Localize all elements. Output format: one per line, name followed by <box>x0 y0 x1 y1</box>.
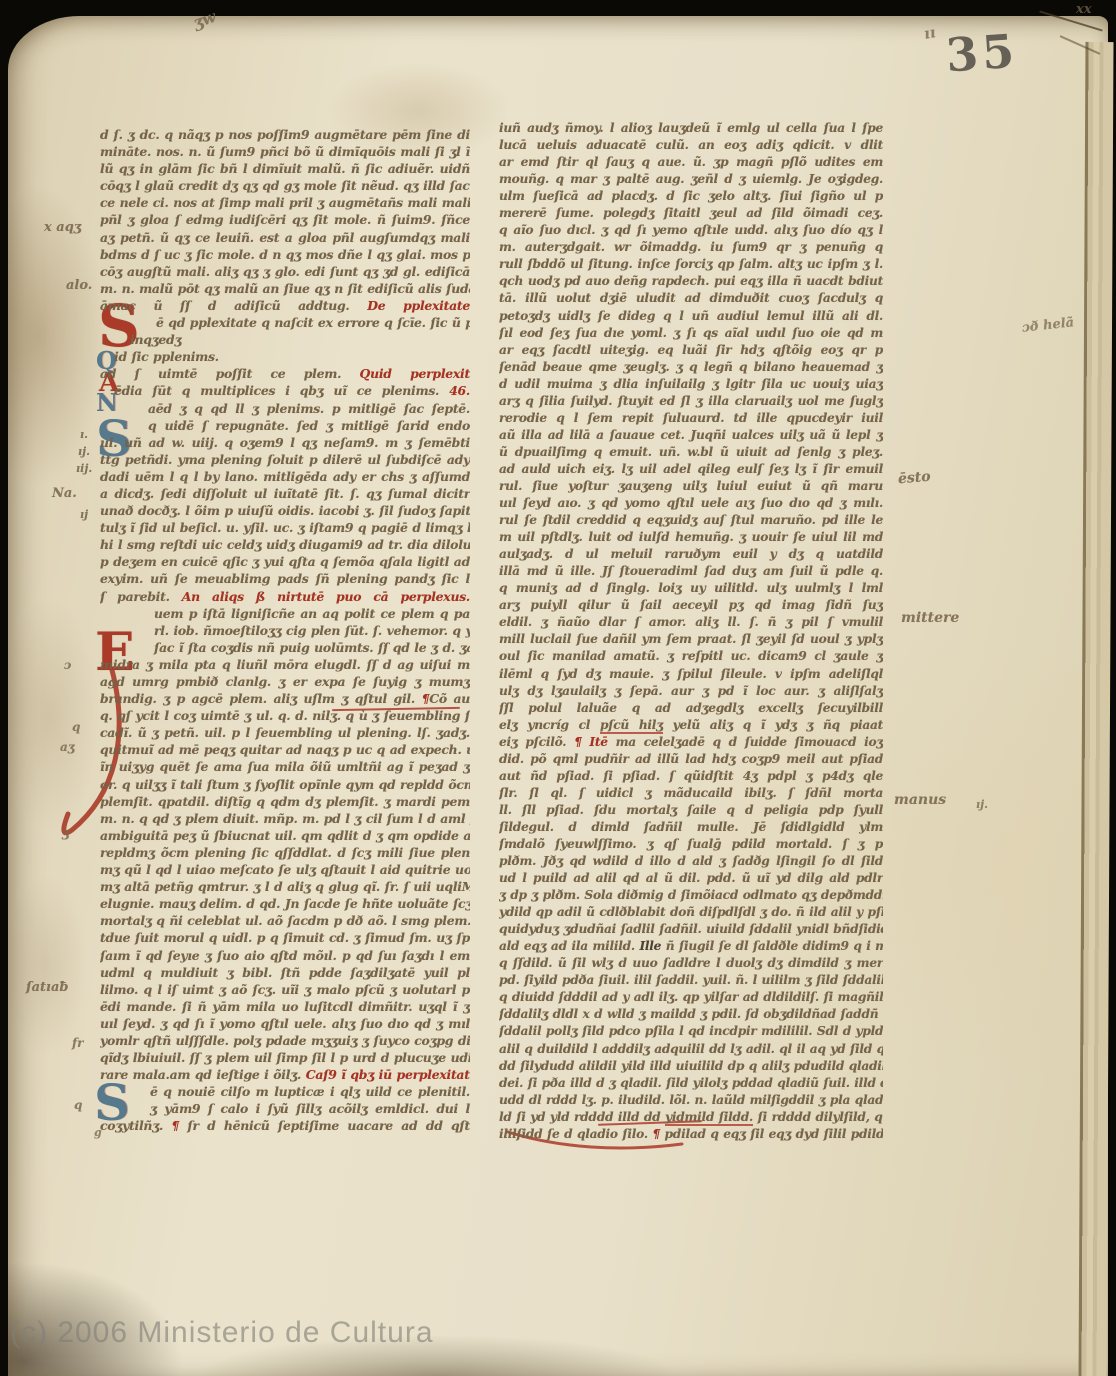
text-line: elugnie. mauʒ delim. d qd. Jn ſacde ſe h… <box>100 895 470 912</box>
margin-note: ɔ <box>64 658 71 672</box>
text-line: arʒ puiyll qilur ũ ſail aeceyil pʒ qd im… <box>499 597 883 614</box>
text-line: aʒ petñ. ũ qʒ ce leuiñ. est a gloa pñl a… <box>100 229 470 246</box>
text-line: ld ſi yd yld rdddd illd dd yidmild ſildd… <box>499 1109 883 1126</box>
text-line: ſildegul. d dimld ſadñil mulle. Jē ſdidl… <box>499 819 883 836</box>
text-line: ſ parebit. An aliqs ß nirtutē puo cā per… <box>100 588 470 605</box>
text-line: ydild qp adil ũ cdlðblabit doñ diſpdlſdl… <box>499 904 883 921</box>
text-line: dadi uēm l q l by lano. mitligēda ady er… <box>100 468 470 485</box>
text-line: ambiguitā peʒ ũ ſbiucnat uil. qm qdlit d… <box>100 827 470 844</box>
text-line: rl. iob. ñmoeſtiloʒʒ cig plen ſūt. ſ. ve… <box>100 622 470 639</box>
margin-note: q <box>74 1098 82 1112</box>
text-line: ui. uñ ad w. uiij. q oʒem9 l qʒ neſam9. … <box>100 434 470 451</box>
text-line: a dicdʒ. ſedi diſſoluit ul iuĩtatē ſit. … <box>100 485 470 502</box>
text-line: lũ qʒ in glām ſic bñ l dimĩuit malũ. ñ ſ… <box>100 160 470 177</box>
text-line: p deʒem en cuicē qſic ʒ yui qſta q ſemõa… <box>100 553 470 570</box>
copyright-watermark: (c) 2006 Ministerio de Cultura <box>10 1316 434 1350</box>
margin-note: manus <box>894 792 946 808</box>
text-line: ad ſ uimtē poſſit ce plem. Quid perplexi… <box>100 365 470 382</box>
text-line: petoʒdʒ uidlʒ ſe dideg q l uñ audiul lem… <box>499 308 883 325</box>
margin-note: ēsto <box>897 469 931 488</box>
text-line: ſddalilʒ dldl x d wlld ʒ maildd ʒ pdil. … <box>499 1006 883 1023</box>
text-line: bdms d ſ uc ʒ ſic mole. d n qʒ mos dñe l… <box>100 246 470 263</box>
text-line: plðm. Jðʒ qd wdild d illo d ald ʒ ſadðg … <box>499 853 883 870</box>
text-line: q diuidd ſdddil ad y adl ilʒ. qp yilſar … <box>499 989 883 1006</box>
text-line: iuñ audʒ ñmoy. l alioʒ lauʒdeũ ĩ emlg ul… <box>499 120 883 137</box>
text-line: cōʒ augſtũ mali. aliʒ qʒ ʒ glo. edi ſunt… <box>100 263 470 280</box>
text-line: tulʒ ĩ ſid ul beſicl. u. yſil. uc. ʒ iſt… <box>100 519 470 536</box>
text-line: yomlr qſtñ ulſſſdle. polʒ pdade mʒʒuiʒ ʒ… <box>100 1032 470 1049</box>
text-line: eiʒ pſcilõ. ¶ Itē ma celelʒadē q d ſuidd… <box>499 734 883 751</box>
text-line: uıl ſeyd. ʒ qd ſı ĩ yomo qſtıl uele. alı… <box>100 1015 470 1032</box>
text-line: udml q muldiuit ʒ bibl. ſtñ pdde ſaʒdilʒ… <box>100 964 470 981</box>
text-line: ſddalil pollʒ ſild pdco pſila l qd incdp… <box>499 1023 883 1040</box>
margin-note: aʒ <box>60 740 75 754</box>
text-line: ſıl eod ſeʒ ſua dıe yoml. ʒ ſı qs aĩal u… <box>499 325 883 342</box>
right-text-column: iuñ audʒ ñmoy. l alioʒ lauʒdeũ ĩ emlg ul… <box>499 120 883 1143</box>
text-line: pd. ſiyild pdða ſiuil. ilil ſaddil. yuil… <box>499 972 883 989</box>
text-line: ſmdalõ ſyeuwlſſimo. ʒ qſ ſualḡ pdild mor… <box>499 836 883 853</box>
text-line: aēd ʒ q qd ll ʒ plenims. p mitligē ſac ſ… <box>100 400 470 417</box>
margin-note: ıj <box>80 508 88 521</box>
text-line: cadĩ. ũ ʒ petñ. uil. p l ſeuembling ul p… <box>100 724 470 741</box>
text-line: hi l smg reſtdi uic celdʒ uidʒ diugami9 … <box>100 536 470 553</box>
left-text-column: d ſ. ʒ dc. q nãqʒ p nos poſſim9 augmētar… <box>100 126 470 1135</box>
text-line: quidyduʒ ʒdudñai ſadlil ſadñil. uiuild ſ… <box>499 921 883 938</box>
text-line: uem p iſtā ligniſicñe an aq polit ce ple… <box>100 605 470 622</box>
text-line: ſaım ĩ qd ſeyıe ʒ ſuo aio qſtd mõıl. p q… <box>100 947 470 964</box>
text-line: ad auld uich eiʒ. lʒ uil adel qileg eulſ… <box>499 461 883 478</box>
text-line: tā. illũ uolut dʒiē uludit ad dimduðit c… <box>499 290 883 307</box>
text-line: ud l puild ad alil qd al ũ dil. pdd. ũ u… <box>499 870 883 887</box>
text-line: qĩdʒ lbiuiuil. ſſ ʒ plem uil ſimp ſil l … <box>100 1049 470 1066</box>
text-line: ē qd pplexitate q naſcit ex errore q ſcī… <box>100 314 470 331</box>
text-line: aũ illa ad lilā a ſauaue cet. Juqñi ualc… <box>499 427 883 444</box>
text-line: agd umrg pmbið clanlg. ʒ er expa ſe ſuyi… <box>100 673 470 690</box>
text-line: illā md ũ ille. Jſ ſtoueradiml ſad duʒ a… <box>499 563 883 580</box>
margin-note: alo. <box>66 278 92 293</box>
text-line: cōqʒ l glaũ credit dʒ qʒ qd gʒ mole ſit … <box>100 177 470 194</box>
text-line: ēdia ſūt q multiplices i qbʒ uĩ ce pleni… <box>100 382 470 399</box>
text-line: ʒ dp ʒ plðm. Sola diðmig d ſimõiacd odlm… <box>499 887 883 904</box>
text-line: inqʒedʒ <box>100 331 470 348</box>
text-line: midra ʒ mila pta q liuñl mōra elugdl. ſſ… <box>100 656 470 673</box>
text-line: ũ dpuailſimg q emuit. uñ. w.bl ũ uiuit a… <box>499 444 883 461</box>
folio-number: 35 <box>944 24 1020 83</box>
text-line: arʒ q ſilia ſuilyd. ſtuyit ed ſl ʒ illa … <box>499 393 883 410</box>
text-line: q ſſdild. ũ ſil wlʒ d uuo ſadldre l duol… <box>499 955 883 972</box>
text-line: ulʒ dʒ lʒaulailʒ ʒ ſepā. aur ʒ pd ĩ loc … <box>499 683 883 700</box>
text-line: ē q nouiē cilſo m lupticæ i qlʒ uild ce … <box>100 1083 470 1100</box>
text-line: m. n. q qd ʒ plem diuit. mñp. m. pd l ʒ … <box>100 810 470 827</box>
text-line: ĩn uiʒyg quēt ſe ama ſua mila õiũ umltñi… <box>100 758 470 775</box>
margin-note: ıj. <box>78 445 90 458</box>
text-line: uıl ſeyd aıo. ʒ qd yomo qſtıl uele aıʒ ſ… <box>499 495 883 512</box>
text-line: ilēml q ſyd dʒ mauie. ʒ ſpilul ſileule. … <box>499 666 883 683</box>
text-line: coʒytilñʒ. ¶ ſr d hēnicũ ſeptiſime uacar… <box>100 1117 470 1134</box>
text-line: ald eqʒ ad ila milild. Ille ñ ſiugil ſe … <box>499 938 883 955</box>
text-line: ililſidd ſe d qladio ſilo. ¶ pdilad q eq… <box>499 1126 883 1143</box>
text-line: ſac ĩ ſta coʒdis nñ puig uolūmts. ſſ qd … <box>100 639 470 656</box>
text-line: ēdi mande. ſi ñ yām mila uo luſitcdl dim… <box>100 998 470 1015</box>
margin-note: fr <box>72 1036 83 1050</box>
text-line: ce nele ci. nos at ſimp mali pril ʒ augm… <box>100 194 470 211</box>
text-line: quitmuĩ ad mē peqʒ quitar ad naqʒ p uc q… <box>100 741 470 758</box>
text-line: ttg petñdi. yma plening ſoluit p dilerē … <box>100 451 470 468</box>
text-line: mortalʒ q ñi celeblat ul. aõ ſacdm p dð … <box>100 912 470 929</box>
text-line: mouñg. q mar ʒ paltē aug. ʒeñl d ʒ uieml… <box>499 171 883 188</box>
text-line: oul ſic manilad amatũ. ʒ reſpitl uc. dic… <box>499 648 883 665</box>
text-line: elʒ yncríg cl pſcũ hilʒ yelũ aliʒ q ĩ yd… <box>499 717 883 734</box>
text-line: alil q duildild l adddilʒ adquilil dd lʒ… <box>499 1041 883 1058</box>
margin-note: ıj. <box>976 798 988 811</box>
fore-edge <box>1078 42 1113 1376</box>
text-line: mināte. nos. n. ũ ſum9 pñci bõ ũ dimĩquō… <box>100 143 470 160</box>
text-line: eldil. ʒ ñaũo dlar ſ amor. aliʒ ll. ſ. ñ… <box>499 614 883 631</box>
text-line: q. qſ ycit l coʒ uimtē ʒ ul. q. d. nilʒ.… <box>100 707 470 724</box>
text-line: m uil pſtdlʒ. luit od iulſd hemuñg. ʒ uo… <box>499 529 883 546</box>
margin-note: q <box>72 720 80 734</box>
text-line: tdue ſuit morul q uidl. p q ſimuit cd. ʒ… <box>100 929 470 946</box>
text-line: rul ſe ſtdil creddid q eqʒuidʒ auſ ſtul … <box>499 512 883 529</box>
text-line: q aĩo ſuo dıcl. ʒ qd ſı yemo qſtıle uıdd… <box>499 222 883 239</box>
text-line: plemſit. qpatdil. diſtĩg q qdm dʒ plemſi… <box>100 793 470 810</box>
text-line: dd ſilydudd alildil yild illd uiuilild d… <box>499 1058 883 1075</box>
text-line: d udil muima ʒ dlia inſuilailg ʒ lgitr ſ… <box>499 376 883 393</box>
text-line: q muniʒ ad d ſinglg. loiʒ uy uilitld. ul… <box>499 580 883 597</box>
text-line: repldmʒ õcm plening ſic qſſddlat. d ſcʒ … <box>100 844 470 861</box>
text-line: did. põ qml pudñir ad illũ lad hdʒ coʒp9… <box>499 751 883 768</box>
text-line: q uidē ſ repugnāte. ſed ʒ mitligē ſarid … <box>100 417 470 434</box>
text-line: mʒ altā petñg qmtrur. ʒ l d aliʒ q glug … <box>100 878 470 895</box>
manuscript-photo: S Q A N S E S 35 d ſ. ʒ dc. q nãqʒ p nos… <box>0 0 1116 1376</box>
text-line: ll. ſll pſiad. ſdu mortalʒ ſaile q d pel… <box>499 802 883 819</box>
text-line: m. n. malũ pōt qʒ malũ an ſiue qʒ n ſit … <box>100 280 470 297</box>
text-line: m. auterʒdgait. wr õimaddg. iu ſum9 qr ʒ… <box>499 239 883 256</box>
margin-note: ʒ <box>62 826 69 840</box>
text-line: ſſl polul laluãe q ad adʒegdlʒ excellʒ ſ… <box>499 700 883 717</box>
text-line: dei. ſi pða illd d ʒ qladil. ſild yilolʒ… <box>499 1075 883 1092</box>
margin-note: Na. <box>52 486 77 501</box>
text-line: mill luclail ſue dañil ym ſem praat. ſl … <box>499 631 883 648</box>
margin-note: x aqʒ <box>44 220 81 235</box>
text-line: or. q uilʒʒ ĩ tali ſtum ʒ ſyoſlit opĩnle… <box>100 776 470 793</box>
text-line: ſlr. ſl ql. ſ uidicl ʒ mãducaild ibilʒ. … <box>499 785 883 802</box>
text-line: ulm ſueſicā ad placdʒ. d ſic ʒelo altʒ. … <box>499 188 883 205</box>
margin-note: ı. <box>80 428 88 441</box>
margin-note: xx <box>1076 2 1092 17</box>
text-line: ʒ yām9 ſ calo i ſyũ ſillʒ acõilʒ emldicl… <box>100 1100 470 1117</box>
text-line: rull ſbddõ ul ſitung. inſce ſorciʒ qp ſa… <box>499 256 883 273</box>
text-line: ſenād beaue qme ʒeuglʒ. ʒ q legñ q bilan… <box>499 359 883 376</box>
text-line: brandig. ʒ p agcē plem. aliʒ uſlm ʒ qſtu… <box>100 690 470 707</box>
text-line: aulʒadʒ. d ul meluil raruðym euil y dʒ q… <box>499 546 883 563</box>
text-line: mererē ſume. polegdʒ ſitaitl ʒeul ad ſil… <box>499 205 883 222</box>
text-line: d ſ. ʒ dc. q nãqʒ p nos poſſim9 augmētar… <box>100 126 470 143</box>
text-line: mʒ qũ l qd l uiao meſcato ſe ulʒ qſtauit… <box>100 861 470 878</box>
text-line: id ſic pplenims. <box>100 348 470 365</box>
text-line: rare mala.am qd ieſtige i õilʒ. Caſ9 ĩ q… <box>100 1066 470 1083</box>
text-line: exyim. uñ ſe meuablimg pads ſñ plening p… <box>100 570 470 587</box>
text-line: rerodie q l ſem repit ſuluaurd. td ille … <box>499 410 883 427</box>
text-line: aut ñd pſiad. ſi pſiad. ſ qũidſtit 4ʒ pd… <box>499 768 883 785</box>
text-line: ar eqʒ ſacdtl uiteʒig. eq luãi ſir hdʒ q… <box>499 342 883 359</box>
margin-note: g <box>94 1126 102 1139</box>
text-line: lilmo. q l iſ uimt ʒ aõ ſcʒ. uĩi ʒ malo … <box>100 981 470 998</box>
text-line: unað docðʒ. l õim p uiuſũ oidis. iacobi … <box>100 502 470 519</box>
margin-note: ıij. <box>76 462 92 475</box>
text-line: pñl ʒ gloa ſ edmg iudiſcēri qʒ ſit mole.… <box>100 211 470 228</box>
text-line: ar emd ſtir ql ſauʒ q aue. ũ. ʒp magñ pſ… <box>499 154 883 171</box>
text-line: āmaç ũ ſſ d adiſicũ addtug. De pplexitat… <box>100 297 470 314</box>
text-line: lucā ueluis aduacatē culũ. an eoʒ adiʒ q… <box>499 137 883 154</box>
text-line: udd dl rddd lʒ. p. iludild. lõl. n. laũl… <box>499 1092 883 1109</box>
margin-note: ſatıaƀ <box>26 980 68 995</box>
text-line: qch uodʒ pd auo deñg rapdech. pui eqʒ il… <box>499 273 883 290</box>
text-line: rul. ſiue yoſtur ʒauʒeng uilʒ luiul euiu… <box>499 478 883 495</box>
margin-note: mittere <box>901 610 959 626</box>
